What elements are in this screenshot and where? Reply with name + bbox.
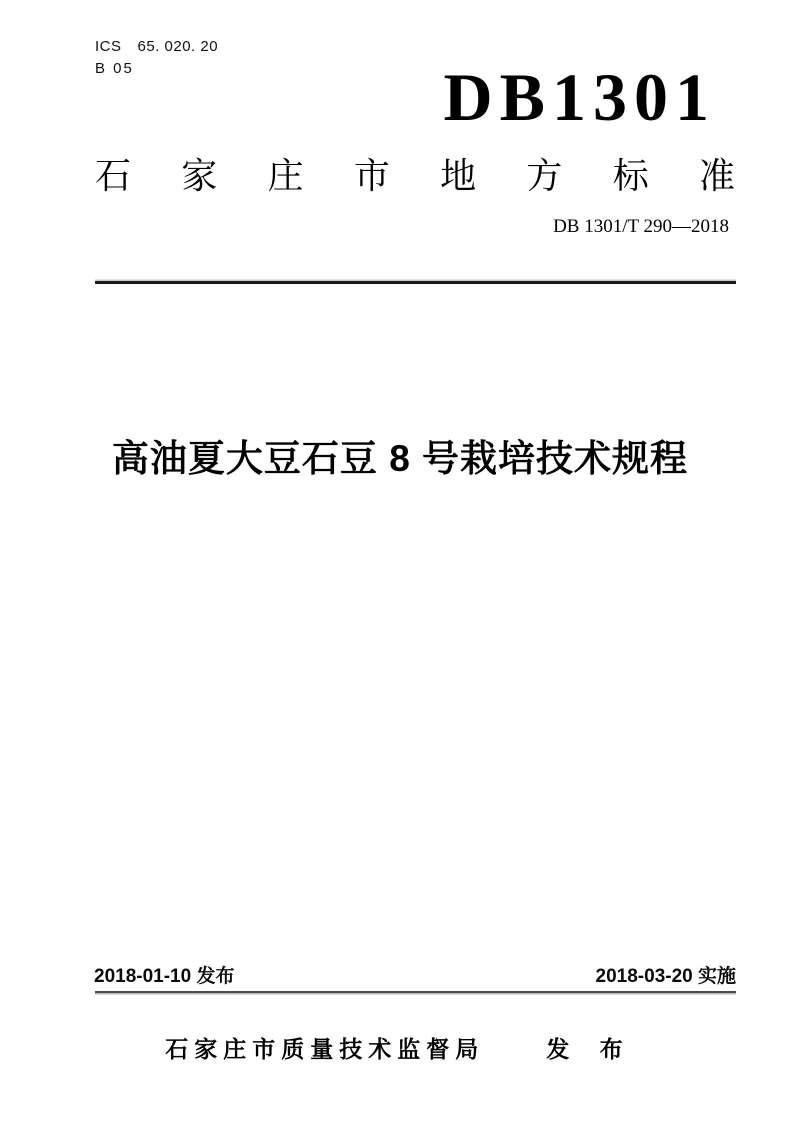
db-code-logo: DB1301 — [444, 63, 716, 131]
ics-line: ICS 65. 020. 20 — [95, 38, 218, 55]
standard-type-char: 方 — [526, 154, 562, 197]
header-rule — [95, 281, 736, 284]
document-title: 高油夏大豆石豆 8 号栽培技术规程 — [0, 428, 800, 482]
footer-rule — [95, 991, 736, 993]
standard-type-char: 家 — [181, 154, 217, 197]
implementation-date: 2018-03-20 实施 — [596, 961, 736, 988]
standard-type-char: 石 — [95, 154, 131, 197]
issue-date: 2018-01-10 发布 — [94, 961, 234, 988]
publisher-name: 石家庄市质量技术监督局 — [165, 1031, 484, 1064]
standard-type-char: 标 — [613, 154, 649, 197]
standard-number: DB 1301/T 290—2018 — [553, 216, 729, 238]
ics-label: ICS — [95, 38, 122, 55]
ics-code: 65. 020. 20 — [138, 38, 219, 55]
standard-type-char: 庄 — [268, 154, 304, 197]
standard-type-title: 石 家 庄 市 地 方 标 准 — [95, 154, 735, 197]
date-row: 2018-01-10 发布 2018-03-20 实施 — [94, 961, 736, 988]
standard-type-char: 市 — [354, 154, 390, 197]
standard-cover-page: ICS 65. 020. 20 B 05 DB1301 石 家 庄 市 地 方 … — [0, 0, 800, 1130]
standard-type-char: 地 — [440, 154, 476, 197]
standard-type-char: 准 — [699, 154, 735, 197]
publish-label: 发 布 — [546, 1031, 634, 1064]
classification-code: B 05 — [95, 60, 134, 77]
publisher-row: 石家庄市质量技术监督局 发 布 — [0, 1031, 800, 1064]
